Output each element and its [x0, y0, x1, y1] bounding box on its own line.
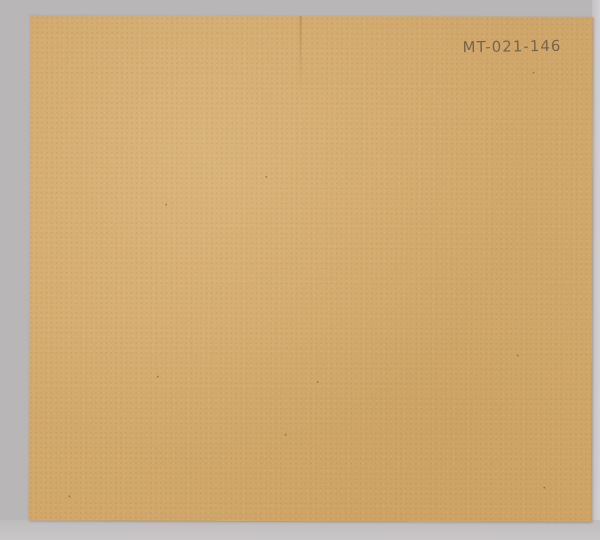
paper-speck [68, 495, 70, 497]
paper-speck [533, 72, 535, 74]
paper-speck [265, 176, 267, 178]
scanner-background-edge [592, 0, 600, 540]
paper-speck [517, 355, 519, 357]
paper-speck [317, 381, 319, 383]
paper-speck [165, 204, 167, 206]
paper-speck [157, 376, 159, 378]
paper-crease [299, 16, 301, 96]
catalog-number-label: MT-021-146 [462, 37, 561, 56]
scanner-background-bottom [0, 520, 600, 540]
paper-speck [285, 434, 287, 436]
paper-sheet: MT-021-146 [28, 15, 592, 521]
paper-speck [543, 487, 545, 489]
